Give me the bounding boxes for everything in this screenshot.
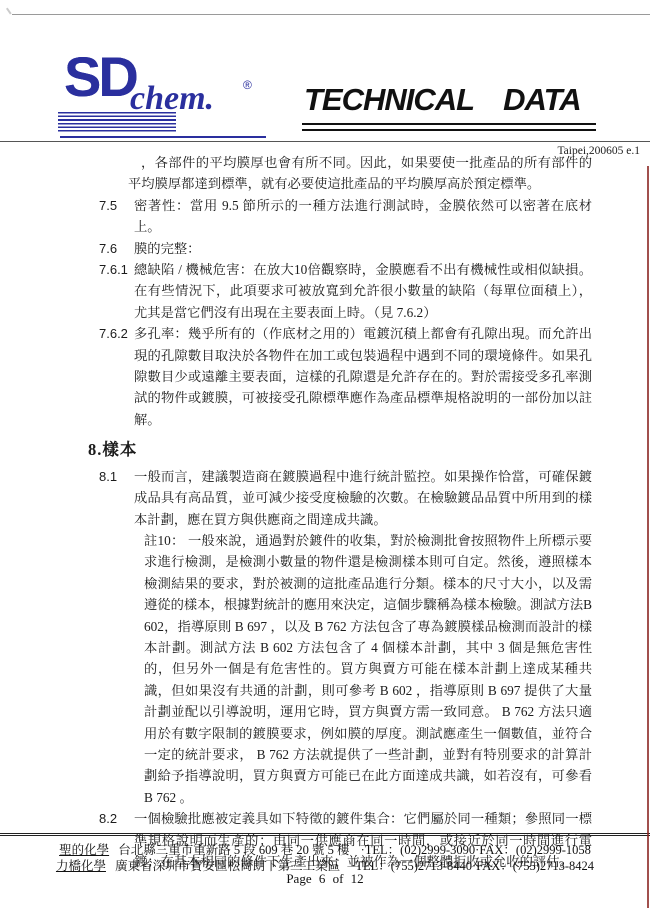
clause-7-6: 7.6 膜的完整： <box>88 238 592 259</box>
scan-corner-artifact <box>6 2 19 14</box>
logo-speed-lines <box>58 112 176 133</box>
header-rule <box>0 141 650 142</box>
clause-number: 8.1 <box>99 466 117 487</box>
clause-text: 一般而言，建議製造商在鍍膜過程中進行統計監控。如果操作恰當，可確保鍍成品具有高品… <box>134 469 592 527</box>
note-label: 註10： <box>144 533 184 548</box>
clause-text: 多孔率：幾乎所有的（作底材之用的）電鍍沉積上都會有孔隙出現。而允許出現的孔隙數目… <box>134 326 592 427</box>
footer-double-rule <box>0 833 650 836</box>
clause-number: 8.2 <box>99 808 117 829</box>
document-title: TECHNICAL DATA <box>304 82 600 118</box>
clause-7-6-2: 7.6.2 多孔率：幾乎所有的（作底材之用的）電鍍沉積上都會有孔隙出現。而允許出… <box>88 323 592 430</box>
company-address: 台北縣三重市重新路 5 段 609 巷 20 號 5 樓 <box>118 843 349 857</box>
clause-number: 7.6.1 <box>99 259 128 280</box>
registered-trademark-icon: ® <box>243 78 252 92</box>
scan-top-hairline <box>12 14 650 15</box>
note-text: 一般來說，通過對於鍍件的收集，對於檢測批會按照物件上所標示要求進行檢測，是檢測小… <box>144 533 592 805</box>
section-heading-8: 8.樣本 <box>88 439 592 460</box>
logo-sd-text: SD <box>64 44 136 109</box>
page-number: Page 6 of 12 <box>0 871 650 887</box>
clause-7-6-1: 7.6.1 總缺陷 / 機械危害：在放大10倍觀察時，金膜應看不出有機械性或相似… <box>88 259 592 323</box>
clause-text: 總缺陷 / 機械危害：在放大10倍觀察時，金膜應看不出有機械性或相似缺損。在有些… <box>134 262 592 320</box>
document-body: ，各部件的平均膜厚也會有所不同。因此，如果要使一批產品的所有部件的平均膜厚都達到… <box>88 152 592 872</box>
clause-7-5: 7.5 密著性：當用 9.5 節所示的一種方法進行測試時，金膜依然可以密著在底材… <box>88 195 592 238</box>
scan-artifact-line <box>647 166 649 908</box>
note-10: 註10： 一般來說，通過對於鍍件的收集，對於檢測批會按照物件上所標示要求進行檢測… <box>88 530 592 808</box>
company-contact: ·TEL：(02)2999-3090·FAX：(02)2999-1058 <box>361 843 591 857</box>
clause-text: 膜的完整： <box>134 241 200 256</box>
clause-number: 7.6 <box>99 238 117 259</box>
document-page: SD chem. ® TECHNICAL DATA Taipei,200605 … <box>0 0 650 918</box>
title-double-underline <box>302 123 596 131</box>
company-logo: SD chem. ® <box>58 50 278 138</box>
clause-number: 7.6.2 <box>99 323 128 344</box>
clause-number: 7.5 <box>99 195 117 216</box>
clause-8-1: 8.1 一般而言，建議製造商在鍍膜過程中進行統計監控。如果操作恰當，可確保鍍成品… <box>88 466 592 530</box>
company-name: 聖的化學 <box>59 843 109 857</box>
clause-text: 密著性：當用 9.5 節所示的一種方法進行測試時，金膜依然可以密著在底材上。 <box>134 198 592 234</box>
paragraph-intro: ，各部件的平均膜厚也會有所不同。因此，如果要使一批產品的所有部件的平均膜厚都達到… <box>88 152 592 195</box>
